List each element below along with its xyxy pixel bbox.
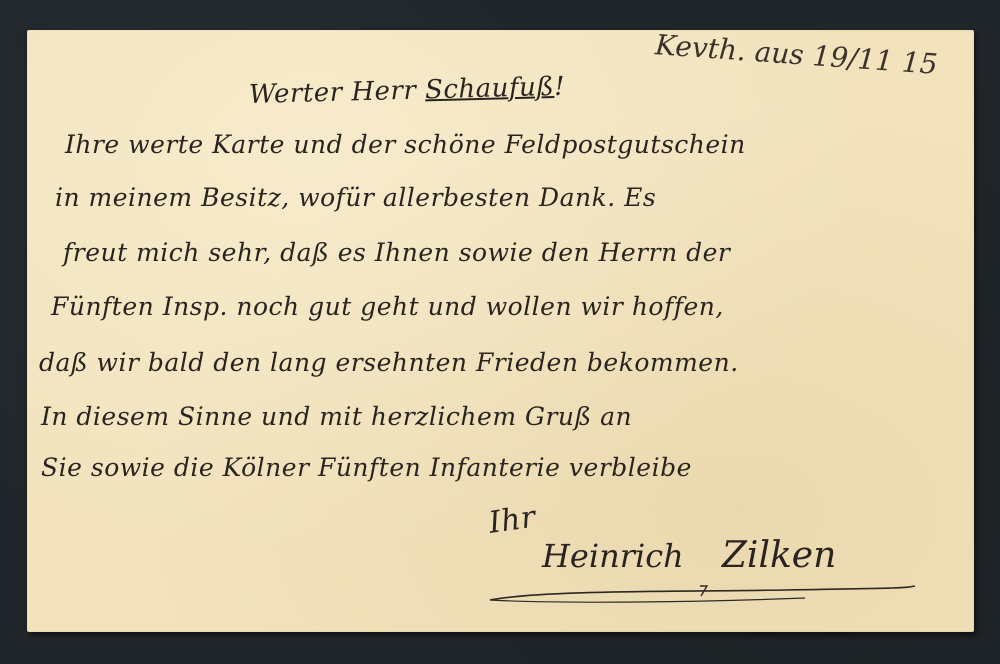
signature-last-name: Zilken <box>722 535 836 576</box>
place-date-line: Kevth. aus 19/11 15 <box>654 28 938 81</box>
closing: Ihr <box>487 500 538 541</box>
signature-flourish <box>485 578 925 608</box>
body-line-5: daß wir bald den lang ersehnten Frieden … <box>39 348 739 377</box>
salutation-punct: ! <box>554 72 566 102</box>
signature: Heinrich Zilken <box>542 535 836 576</box>
signature-first-name: Heinrich <box>542 537 684 575</box>
body-line-7: Sie sowie die Kölner Fünften Infanterie … <box>41 453 692 482</box>
body-line-1: Ihre werte Karte und der schöne Feldpost… <box>65 130 746 159</box>
body-line-3: freut mich sehr, daß es Ihnen sowie den … <box>63 238 730 267</box>
body-line-6: In diesem Sinne und mit herzlichem Gruß … <box>41 402 632 431</box>
recipient-name: Schaufuß <box>425 72 555 105</box>
body-line-2: in meinem Besitz, wofür allerbesten Dank… <box>55 183 656 212</box>
body-line-4: Fünften Insp. noch gut geht und wollen w… <box>51 292 724 321</box>
salutation: Werter Herr Schaufuß! <box>249 72 566 110</box>
salutation-prefix: Werter Herr <box>249 76 417 110</box>
postcard: Kevth. aus 19/11 15 Werter Herr Schaufuß… <box>27 30 974 632</box>
